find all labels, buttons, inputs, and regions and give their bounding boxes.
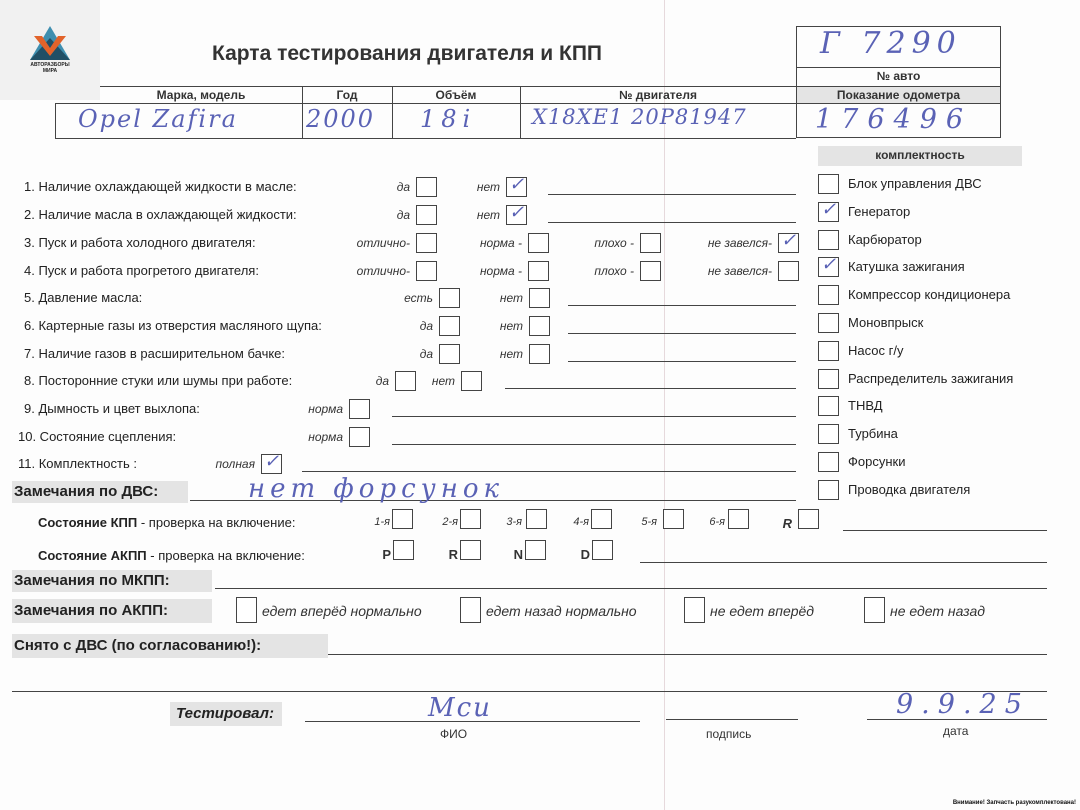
akpp-option-checkbox[interactable] [864, 597, 885, 623]
check-mark-icon: ✓ [781, 230, 796, 251]
table-top-line [100, 86, 796, 87]
name-caption: ФИО [440, 727, 467, 741]
header-year: Год [302, 88, 392, 102]
date-value[interactable]: 9.9.25 [896, 689, 1030, 720]
gear-checkbox-6-я[interactable] [728, 509, 749, 529]
position-label: N [514, 547, 523, 562]
notes-line[interactable] [548, 194, 796, 195]
mkpp-remarks-label: Замечания по МКПП: [14, 572, 170, 589]
option-label: нет [477, 180, 500, 194]
completeness-item-label: Катушка зажигания [848, 259, 965, 274]
option-label: отлично- [357, 236, 410, 250]
checkbox-5-1[interactable] [439, 288, 460, 308]
divider [796, 86, 1001, 87]
check-label: 9. Дымность и цвет выхлопа: [24, 401, 200, 416]
gear-label: 2-я [442, 516, 458, 528]
completeness-item-label: Компрессор кондиционера [848, 287, 1010, 302]
gear-label: 3-я [506, 516, 522, 528]
completeness-checkbox[interactable] [818, 480, 839, 500]
completeness-item-label: Турбина [848, 426, 898, 441]
mkpp-remarks-line [215, 588, 1047, 589]
table-border [55, 103, 56, 138]
header-engine-number: № двигателя [520, 88, 796, 102]
option-label: отлично- [357, 264, 410, 278]
divider [796, 67, 1001, 68]
notes-line[interactable] [505, 388, 796, 389]
year-value[interactable]: 2000 [306, 105, 375, 133]
checkbox-3-1[interactable] [416, 233, 437, 253]
position-label: R [449, 547, 458, 562]
completeness-checkbox[interactable]: ✓ [818, 257, 839, 277]
completeness-checkbox[interactable] [818, 452, 839, 472]
check-label: 10. Состояние сцепления: [18, 429, 176, 444]
checkbox-4-2[interactable] [528, 261, 549, 281]
completeness-checkbox[interactable] [818, 313, 839, 333]
removed-line-2 [12, 691, 1047, 692]
gear-checkbox-1-я[interactable] [392, 509, 413, 529]
gear-checkbox-2-я[interactable] [460, 509, 481, 529]
akpp-option-checkbox[interactable] [236, 597, 257, 623]
option-label: да [397, 180, 410, 194]
header-make-model: Марка, модель [100, 88, 302, 102]
option-label: не завелся- [708, 236, 772, 250]
signature-line [666, 719, 798, 720]
header-volume: Объём [392, 88, 520, 102]
completeness-item-label: Проводка двигателя [848, 482, 970, 497]
checkbox-6-2[interactable] [529, 316, 550, 336]
completeness-checkbox[interactable] [818, 230, 839, 250]
akpp-option-checkbox[interactable] [460, 597, 481, 623]
completeness-item-label: Насос г/у [848, 343, 903, 358]
gear-checkbox-5-я[interactable] [663, 509, 684, 529]
logo-text: АВТОРАЗБОРЫ МИРА [20, 62, 80, 74]
auto-gearbox-label: Состояние АКПП - проверка на включение: [38, 548, 305, 563]
option-label: норма - [480, 236, 522, 250]
completeness-checkbox[interactable] [818, 285, 839, 305]
logo-area: АВТОРАЗБОРЫ МИРА [0, 0, 100, 100]
checkbox-4-3[interactable] [640, 261, 661, 281]
manual-gearbox-label: Состояние КПП - проверка на включение: [38, 515, 295, 530]
engine-remarks-value[interactable]: нет форсунок [248, 474, 504, 504]
check-label: 5. Давление масла: [24, 290, 142, 305]
checkbox-1-1[interactable] [416, 177, 437, 197]
option-label: плохо - [594, 264, 634, 278]
notes-line[interactable] [548, 222, 796, 223]
checkbox-1-2[interactable]: ✓ [506, 177, 527, 197]
make-model-value[interactable]: Opel Zafira [78, 105, 238, 133]
completeness-item-label: Генератор [848, 204, 910, 219]
table-mid-line [55, 103, 796, 104]
position-checkbox-R[interactable] [460, 540, 481, 560]
completeness-item-label: Блок управления ДВС [848, 176, 982, 191]
completeness-item-label: Карбюратор [848, 232, 922, 247]
notes-line[interactable] [568, 333, 796, 334]
gear-checkbox-R[interactable] [798, 509, 819, 529]
checkbox-2-1[interactable] [416, 205, 437, 225]
check-label: 3. Пуск и работа холодного двигателя: [24, 235, 256, 250]
akpp-option-checkbox[interactable] [684, 597, 705, 623]
check-label: 6. Картерные газы из отверстия масляного… [24, 318, 322, 333]
akpp-option-label: не едет вперёд [710, 603, 814, 619]
option-label: нет [432, 374, 455, 388]
check-mark-icon: ✓ [509, 174, 524, 195]
completeness-item-label: Форсунки [848, 454, 905, 469]
gear-label: 5-я [641, 516, 657, 528]
logo-icon [30, 26, 70, 62]
checkbox-3-3[interactable] [640, 233, 661, 253]
check-label: 11. Комплектность : [18, 456, 137, 471]
check-label: 7. Наличие газов в расширительном бачке: [24, 346, 285, 361]
auto-number-label: № авто [796, 69, 1001, 83]
engine-number-value[interactable]: X18XE1 20P81947 [532, 105, 747, 129]
notes-line[interactable] [568, 305, 796, 306]
option-label: полная [216, 457, 255, 471]
akpp-option-label: едет вперёд нормально [262, 603, 422, 619]
gear-label: 1-я [374, 516, 390, 528]
notes-line[interactable] [302, 471, 796, 472]
check-mark-icon: ✓ [509, 202, 524, 223]
option-label: да [420, 319, 433, 333]
completeness-checkbox[interactable] [818, 341, 839, 361]
position-label: P [382, 547, 391, 562]
checkbox-6-1[interactable] [439, 316, 460, 336]
checkbox-4-4[interactable] [778, 261, 799, 281]
position-checkbox-N[interactable] [525, 540, 546, 560]
check-mark-icon: ✓ [821, 199, 836, 220]
akpp-remarks-label: Замечания по АКПП: [14, 602, 168, 619]
checkbox-8-2[interactable] [461, 371, 482, 391]
gear-label: R [783, 516, 792, 531]
footer-warning: Внимание! Запчасть разукомплектована! [953, 800, 1076, 806]
checkbox-8-1[interactable] [395, 371, 416, 391]
checkbox-7-2[interactable] [529, 344, 550, 364]
completeness-item-label: ТНВД [848, 398, 883, 413]
option-label: нет [477, 208, 500, 222]
odometer-value[interactable]: 176496 [815, 104, 972, 135]
option-label: нет [500, 319, 523, 333]
check-label: 2. Наличие масла в охлаждающей жидкости: [24, 207, 297, 222]
check-mark-icon: ✓ [264, 451, 279, 472]
gear-checkbox-4-я[interactable] [591, 509, 612, 529]
option-label: плохо - [594, 236, 634, 250]
checkbox-7-1[interactable] [439, 344, 460, 364]
option-label: да [376, 374, 389, 388]
table-bottom-line [55, 138, 796, 139]
odometer-label: Показание одометра [796, 88, 1001, 102]
completeness-checkbox[interactable]: ✓ [818, 202, 839, 222]
completeness-item-label: Распределитель зажигания [848, 371, 1013, 386]
signature-caption: подпись [706, 727, 751, 741]
akpp-option-label: едет назад нормально [486, 603, 637, 619]
position-checkbox-P[interactable] [393, 540, 414, 560]
option-label: норма - [480, 264, 522, 278]
checkbox-2-2[interactable]: ✓ [506, 205, 527, 225]
gear-checkbox-3-я[interactable] [526, 509, 547, 529]
checkbox-11-1[interactable]: ✓ [261, 454, 282, 474]
completeness-checkbox[interactable] [818, 174, 839, 194]
gear-label: 4-я [573, 516, 589, 528]
completeness-checkbox[interactable] [818, 424, 839, 444]
date-caption: дата [943, 724, 968, 738]
option-label: нет [500, 291, 523, 305]
removed-line [328, 654, 1047, 655]
akpp-option-label: не едет назад [890, 603, 985, 619]
checkbox-4-1[interactable] [416, 261, 437, 281]
removed-label: Снято с ДВС (по согласованию!): [14, 637, 261, 654]
check-label: 4. Пуск и работа прогретого двигателя: [24, 263, 259, 278]
option-label: норма [308, 402, 343, 416]
gear-label: 6-я [709, 516, 725, 528]
option-label: да [420, 347, 433, 361]
auto-number-value[interactable]: Г 7290 [820, 26, 962, 61]
option-label: не завелся- [708, 264, 772, 278]
notes-line[interactable] [392, 444, 796, 445]
checkbox-9-1[interactable] [349, 399, 370, 419]
completeness-checkbox[interactable] [818, 369, 839, 389]
check-mark-icon: ✓ [821, 254, 836, 275]
manual-gearbox-line [843, 530, 1047, 531]
checkbox-3-4[interactable]: ✓ [778, 233, 799, 253]
tester-name-value[interactable]: Мси [428, 693, 492, 723]
page-title: Карта тестирования двигателя и КПП [212, 42, 602, 66]
volume-value[interactable]: 18i [420, 105, 476, 133]
tested-by-label: Тестировал: [176, 705, 274, 722]
completeness-header: комплектность [818, 148, 1022, 162]
checkbox-3-2[interactable] [528, 233, 549, 253]
checkbox-5-2[interactable] [529, 288, 550, 308]
engine-remarks-label: Замечания по ДВС: [14, 483, 158, 500]
checkbox-10-1[interactable] [349, 427, 370, 447]
auto-gearbox-line [640, 562, 1047, 563]
notes-line[interactable] [568, 361, 796, 362]
notes-line[interactable] [392, 416, 796, 417]
check-label: 1. Наличие охлаждающей жидкости в масле: [24, 179, 297, 194]
option-label: нет [500, 347, 523, 361]
option-label: есть [404, 291, 433, 305]
completeness-checkbox[interactable] [818, 396, 839, 416]
check-label: 8. Посторонние стуки или шумы при работе… [24, 373, 292, 388]
position-checkbox-D[interactable] [592, 540, 613, 560]
completeness-item-label: Моновпрыск [848, 315, 923, 330]
option-label: да [397, 208, 410, 222]
option-label: норма [308, 430, 343, 444]
position-label: D [581, 547, 590, 562]
